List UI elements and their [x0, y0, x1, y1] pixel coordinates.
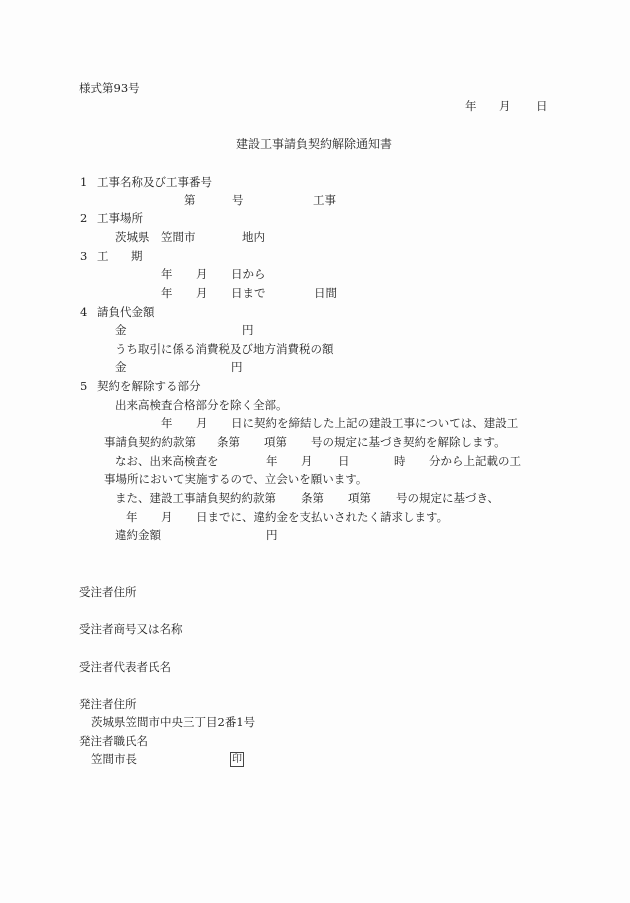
date-year: 年 [465, 99, 477, 113]
item4-kin2: 金 [115, 360, 127, 374]
p1-line2-d: 号の規定に基づき契約を解除します。 [311, 435, 506, 449]
item1-kouji: 工事 [313, 193, 336, 207]
item2-label: 工事場所 [97, 211, 143, 225]
item2-chinai: 地内 [242, 230, 265, 244]
client-title-label: 発注者職氏名 [79, 734, 148, 748]
item4-tax-label: うち取引に係る消費税及び地方消費税の額 [115, 342, 334, 356]
penalty-yen: 円 [266, 528, 278, 542]
item4-kin1: 金 [115, 323, 127, 337]
item1-dai: 第 [184, 193, 196, 207]
penalty-label: 違約金額 [115, 528, 161, 542]
p2-a: なお、出来高検査を [115, 454, 219, 468]
p3-c: 項第 [348, 491, 371, 505]
item2-city: 笠間市 [161, 230, 196, 244]
contractor-address-label: 受注者住所 [79, 585, 137, 599]
item4-yen1: 円 [242, 323, 254, 337]
item4-yen2: 円 [231, 360, 243, 374]
p1-year: 年 [161, 416, 173, 430]
item3-from-month: 月 [196, 267, 208, 281]
item3-from-year: 年 [161, 267, 173, 281]
item3-to-day: 日まで [231, 286, 266, 300]
item5-label: 契約を解除する部分 [97, 379, 201, 393]
p1-line2-a: 事請負契約約款第 [104, 435, 196, 449]
client-address: 茨城県笠間市中央三丁目2番1号 [91, 715, 255, 729]
client-title: 笠間市長 [91, 752, 137, 766]
document-page: 様式第93号 年 月 日 建設工事請負契約解除通知書 1 工事名称及び工事番号 … [0, 0, 630, 903]
p1-text: 日に契約を締結した上記の建設工事については、建設工 [231, 416, 518, 430]
p1-line2-c: 項第 [264, 435, 287, 449]
p2-rest: 分から上記載の工 [429, 454, 521, 468]
p3-a: また、建設工事請負契約約款第 [115, 491, 276, 505]
p3-rest: 日までに、違約金を支払いされたく請求します。 [196, 510, 448, 524]
item3-from-day: 日から [231, 267, 266, 281]
item3-number: 3 [80, 249, 87, 263]
seal-mark: 印 [230, 752, 244, 767]
item3-to-month: 月 [196, 286, 208, 300]
p1-line2-b: 条第 [217, 435, 240, 449]
item3-label-b: 期 [131, 249, 143, 263]
item4-number: 4 [80, 305, 87, 319]
item1-label: 工事名称及び工事番号 [97, 175, 212, 189]
item1-go: 号 [232, 193, 244, 207]
p2-year: 年 [266, 454, 278, 468]
item3-days: 日間 [314, 286, 337, 300]
p1-month: 月 [196, 416, 208, 430]
p2-day: 日 [338, 454, 350, 468]
p3-d: 号の規定に基づき、 [396, 491, 499, 505]
contractor-rep-label: 受注者代表者氏名 [79, 660, 171, 674]
item1-number: 1 [80, 175, 87, 189]
item3-label-a: 工 [97, 249, 109, 263]
item5-scope: 出来高検査合格部分を除く全部。 [115, 398, 288, 412]
item2-pref: 茨城県 [115, 230, 150, 244]
client-address-label: 発注者住所 [79, 697, 137, 711]
p2-hour: 時 [394, 454, 406, 468]
p3-b: 条第 [301, 491, 324, 505]
date-day: 日 [536, 99, 548, 113]
contractor-name-label: 受注者商号又は名称 [79, 622, 183, 636]
item5-number: 5 [80, 379, 87, 393]
date-month: 月 [499, 99, 511, 113]
item3-to-year: 年 [161, 286, 173, 300]
item2-number: 2 [80, 211, 87, 225]
document-title: 建設工事請負契約解除通知書 [236, 137, 392, 151]
p2-line2: 事場所において実施するので、立会いを願います。 [104, 472, 367, 486]
item4-label: 請負代金額 [97, 305, 155, 319]
form-number: 様式第93号 [79, 81, 140, 95]
p3-year: 年 [126, 510, 138, 524]
p2-month: 月 [301, 454, 313, 468]
p3-month: 月 [161, 510, 173, 524]
